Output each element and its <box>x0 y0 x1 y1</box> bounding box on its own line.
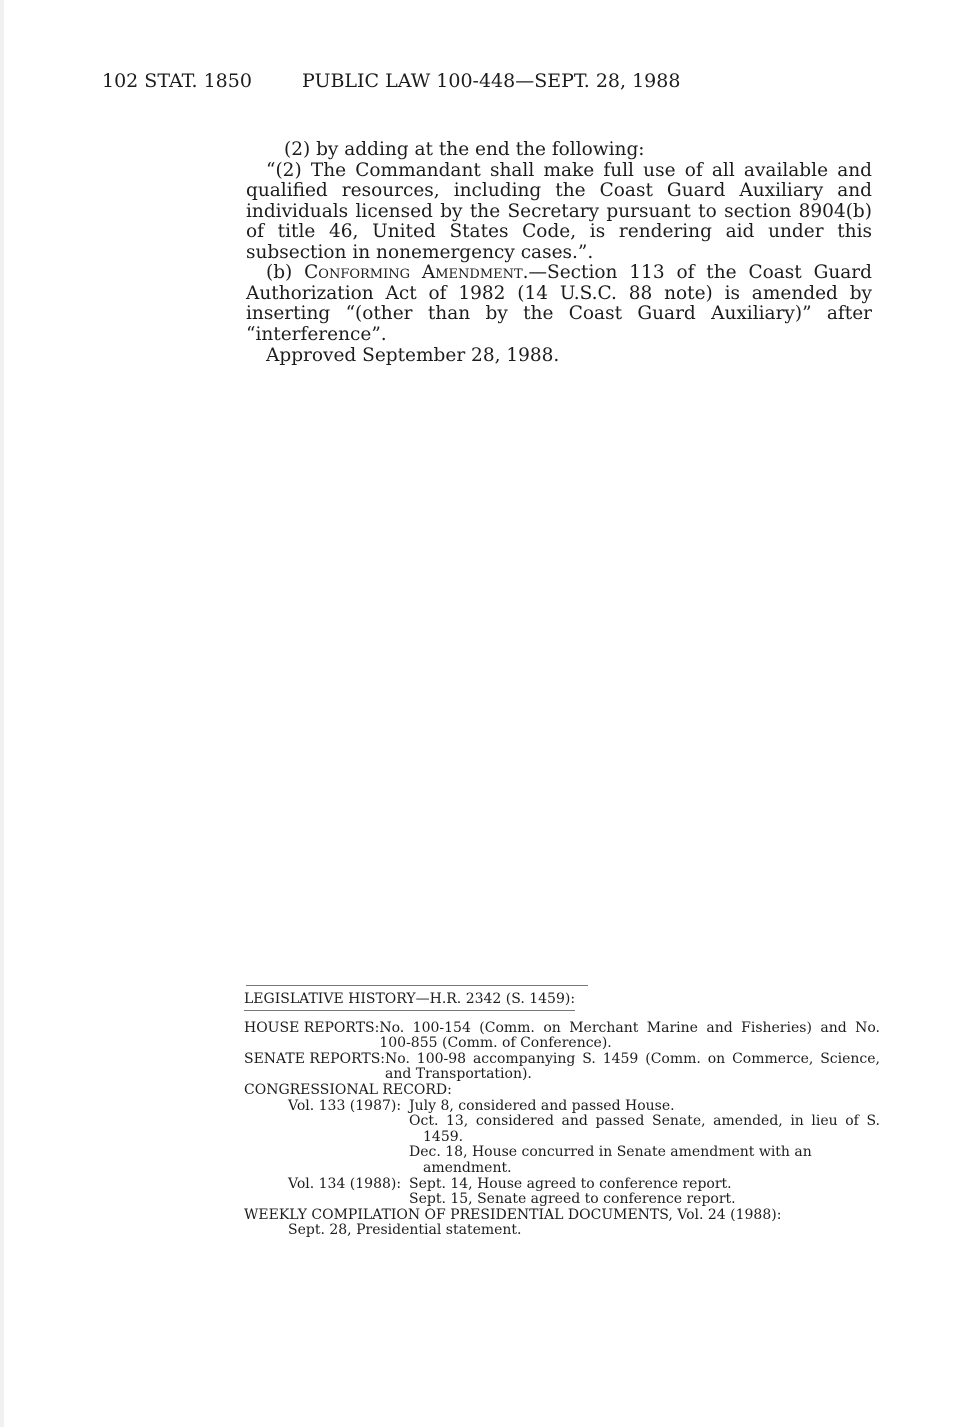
weekly-compilation-label: WEEKLY COMPILATION OF PRESIDENTIAL DOCUM… <box>244 1208 880 1224</box>
subsection-label: (b) <box>266 262 304 283</box>
weekly-compilation-entry: Sept. 28, Presidential statement. <box>288 1223 880 1239</box>
law-title: PUBLIC LAW 100-448—SEPT. 28, 1988 <box>302 70 680 92</box>
stat-page-number: 102 STAT. 1850 <box>102 70 252 92</box>
volume-label: Vol. 134 (1988): <box>288 1177 409 1208</box>
legislative-history-title: LEGISLATIVE HISTORY—H.R. 2342 (S. 1459): <box>244 992 575 1011</box>
divider-rule <box>246 985 588 986</box>
record-entry: July 8, considered and passed House. <box>409 1099 880 1115</box>
approval-date: Approved September 28, 1988. <box>266 345 559 366</box>
record-entry: Dec. 18, House concurred in Senate amend… <box>409 1145 880 1176</box>
record-entry: Oct. 13, considered and passed Senate, a… <box>409 1114 880 1145</box>
subsection-heading: Conforming Amendment. <box>304 262 528 283</box>
paragraph-adding: (2) by adding at the end the following: <box>246 140 872 161</box>
senate-reports-label: SENATE REPORTS: <box>244 1052 385 1083</box>
running-header: 102 STAT. 1850 PUBLIC LAW 100-448—SEPT. … <box>102 70 782 100</box>
senate-reports-text: No. 100-98 accompanying S. 1459 (Comm. o… <box>385 1052 880 1083</box>
legislative-history: LEGISLATIVE HISTORY—H.R. 2342 (S. 1459):… <box>244 992 880 1239</box>
paragraph-commandant: “(2) The Commandant shall make full use … <box>246 161 872 264</box>
house-reports-text: No. 100-154 (Comm. on Merchant Marine an… <box>379 1021 880 1052</box>
volume-row: Vol. 133 (1987): July 8, considered and … <box>288 1099 880 1177</box>
house-reports-row: HOUSE REPORTS: No. 100-154 (Comm. on Mer… <box>244 1021 880 1052</box>
record-entry: Sept. 14, House agreed to conference rep… <box>409 1177 880 1193</box>
volume-row: Vol. 134 (1988): Sept. 14, House agreed … <box>288 1177 880 1208</box>
page-edge <box>0 0 4 1427</box>
congressional-record-label: CONGRESSIONAL RECORD: <box>244 1083 880 1099</box>
body-text: (2) by adding at the end the following: … <box>246 140 872 345</box>
volume-label: Vol. 133 (1987): <box>288 1099 409 1177</box>
paragraph-conforming-amendment: (b) Conforming Amendment.—Section 113 of… <box>246 263 872 345</box>
house-reports-label: HOUSE REPORTS: <box>244 1021 379 1052</box>
record-entry: Sept. 15, Senate agreed to conference re… <box>409 1192 880 1208</box>
senate-reports-row: SENATE REPORTS: No. 100-98 accompanying … <box>244 1052 880 1083</box>
